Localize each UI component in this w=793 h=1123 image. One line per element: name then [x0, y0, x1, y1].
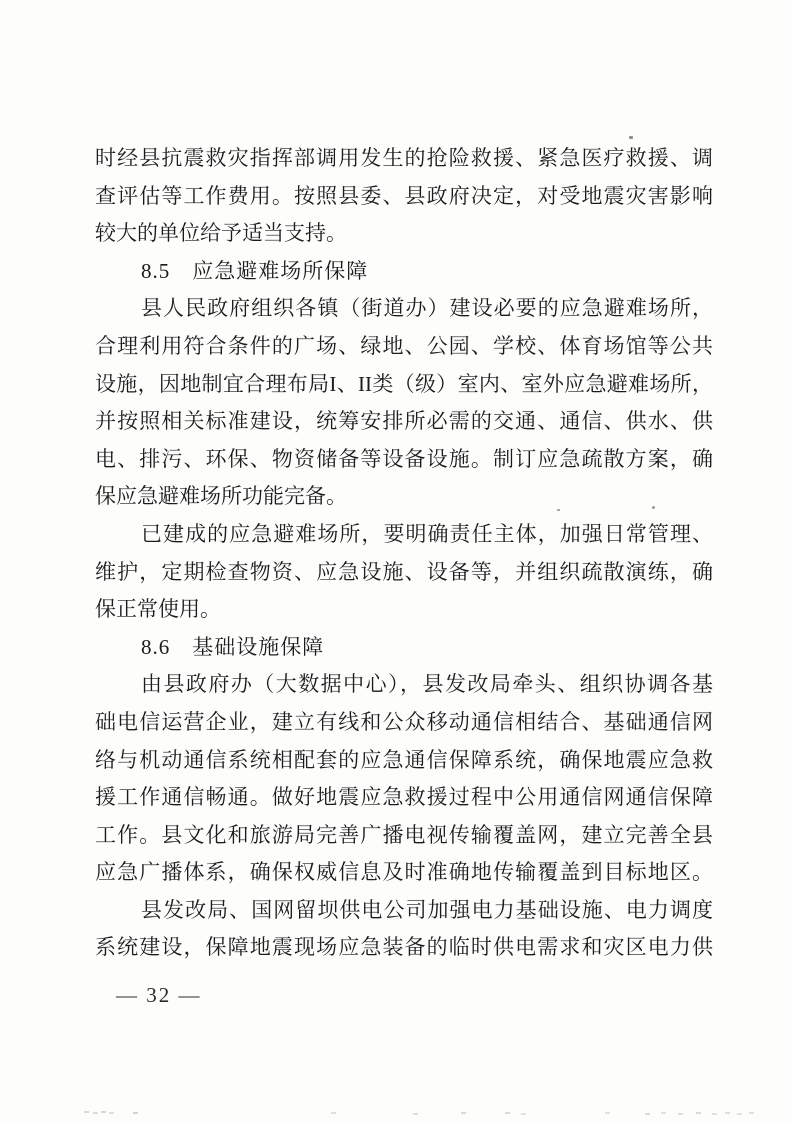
text-line: 应急广播体系，确保权威信息及时准确地传输覆盖到目标地区。 [95, 854, 713, 892]
scan-speck [629, 136, 633, 139]
text-line: 查评估等工作费用。按照县委、县政府决定，对受地震灾害影响 [95, 178, 713, 216]
text-line: 系统建设，保障地震现场应急装备的临时供电需求和灾区电力供 [95, 929, 713, 967]
text-line: 保应急避难场所功能完备。 [95, 478, 713, 516]
scan-noise [84, 1111, 89, 1113]
text-line: 援工作通信畅通。做好地震应急救援过程中公用通信网通信保障 [95, 779, 713, 817]
text-line: 设施，因地制宜合理布局I、II类（级）室内、室外应急避难场所， [95, 366, 713, 404]
scan-speck [652, 506, 655, 509]
text-line: 工作。县文化和旅游局完善广播电视传输覆盖网，建立完善全县 [95, 817, 713, 855]
text-line: 络与机动通信系统相配套的应急通信保障系统，确保地震应急救 [95, 742, 713, 780]
scan-speck [557, 509, 560, 511]
text-line: 时经县抗震救灾指挥部调用发生的抢险救援、紧急医疗救援、调 [95, 140, 713, 178]
text-line: 合理利用符合条件的广场、绿地、公园、学校、体育场馆等公共 [95, 328, 713, 366]
text-line: 县发改局、国网留坝供电公司加强电力基础设施、电力调度 [95, 892, 713, 930]
document-page: 时经县抗震救灾指挥部调用发生的抢险救援、紧急医疗救援、调查评估等工作费用。按照县… [0, 0, 793, 1123]
document-body: 时经县抗震救灾指挥部调用发生的抢险救援、紧急医疗救援、调查评估等工作费用。按照县… [95, 140, 713, 967]
section-heading: 8.6 基础设施保障 [95, 629, 713, 667]
text-line: 电、排污、环保、物资储备等设备设施。制订应急疏散方案，确 [95, 441, 713, 479]
text-line: 县人民政府组织各镇（街道办）建设必要的应急避难场所， [95, 290, 713, 328]
section-heading: 8.5 应急避难场所保障 [95, 253, 713, 291]
text-line: 已建成的应急避难场所，要明确责任主体，加强日常管理、 [95, 516, 713, 554]
text-line: 由县政府办（大数据中心），县发改局牵头、组织协调各基 [95, 666, 713, 704]
text-line: 础电信运营企业，建立有线和公众移动通信相结合、基础通信网 [95, 704, 713, 742]
page-number: — 32 — [116, 983, 202, 1008]
text-line: 维护，定期检查物资、应急设施、设备等，并组织疏散演练，确 [95, 554, 713, 592]
text-line: 较大的单位给予适当支持。 [95, 215, 713, 253]
text-line: 并按照相关标准建设，统筹安排所必需的交通、通信、供水、供 [95, 403, 713, 441]
text-line: 保正常使用。 [95, 591, 713, 629]
